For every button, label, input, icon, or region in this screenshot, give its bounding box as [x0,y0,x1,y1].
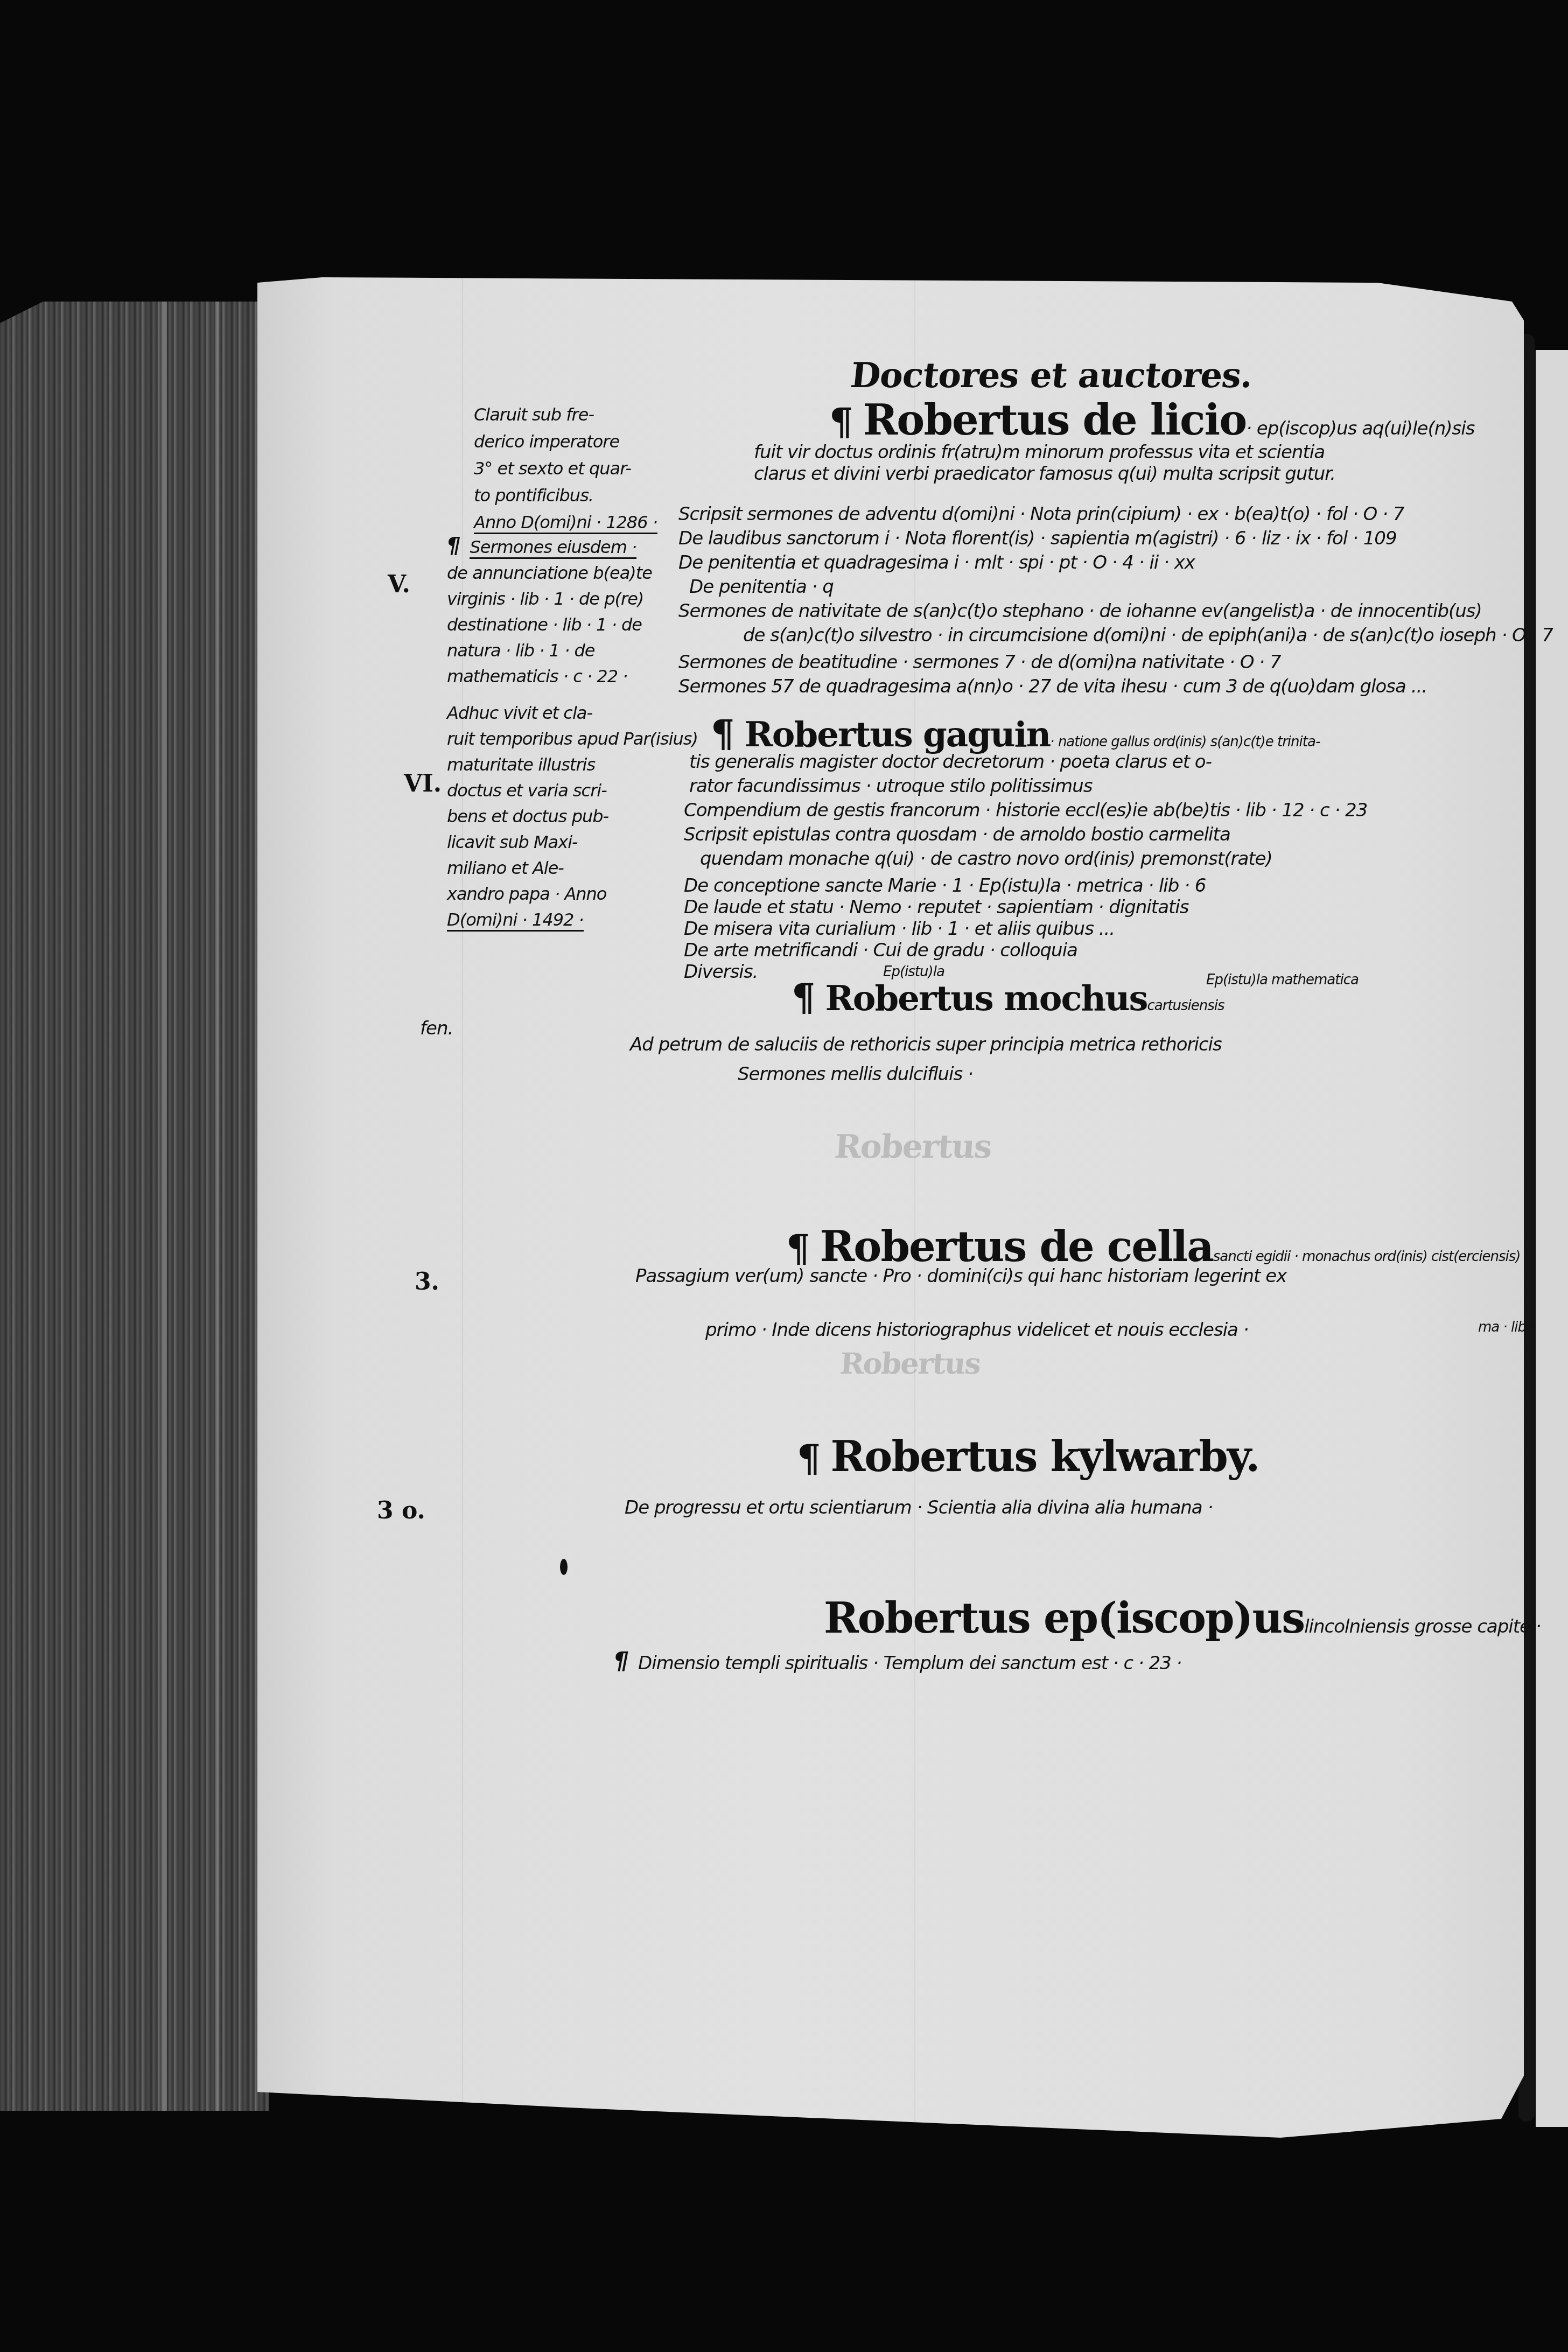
entry-line: tis generalis magister doctor decretorum… [689,751,1212,773]
entry-line: quendam monache q(ui) · de castro novo o… [700,848,1272,870]
entry-heading: ¶Robertus de cellasancti egidii · monach… [786,1222,1520,1271]
entry-heading: ¶Robertus mochuscartusiensis [792,975,1224,1019]
entry-line: de s(an)c(t)o silvestro · in circumcisio… [743,625,1553,646]
entry-line: De progressu et ortu scientiarum · Scien… [625,1497,1213,1518]
margin-numeral: 3. [415,1268,439,1296]
entry-line: Sermones mellis dulcifluis · [738,1063,973,1085]
margin-numeral: fen. [420,1018,453,1039]
right-margin-mark: ma · lib · [1478,1319,1534,1335]
entry-line: De misera vita curialium · lib · 1 · et … [684,918,1115,940]
entry-heading: ¶Robertus de licio· ep(iscop)us aq(ui)le… [829,396,1474,445]
margin-note: Claruit sub fre- derico imperatore 3° et… [474,401,657,536]
entry-line: Passagium ver(um) sancte · Pro · domini(… [635,1265,1286,1287]
entry-line: rator facundissimus · utroque stilo poli… [689,775,1092,797]
facing-page-edge [1536,350,1568,2127]
entry-line: Sermones de nativitate de s(an)c(t)o ste… [678,600,1482,622]
entry-heading: ¶Robertus kylwarby. [797,1432,1259,1481]
pilcrow-icon: ¶ [792,975,816,1019]
entry-line: Compendium de gestis francorum · histori… [684,800,1367,821]
pilcrow-icon: ¶ [829,399,853,444]
entry-line: De arte metrificandi · Cui de gradu · co… [684,940,1077,961]
entry-heading: ¶Robertus gaguin· natione gallus ord(ini… [711,711,1320,755]
entry-line: De laude et statu · Nemo · reputet · sap… [684,897,1188,918]
entry-line: Diversis. [684,961,758,983]
entry-line: Scripsit epistulas contra quosdam · de a… [684,824,1230,845]
entry-line: Ad petrum de saluciis de rethoricis supe… [630,1034,1222,1055]
book-fore-edge [0,302,269,2111]
entry-line: ¶Dimensio templi spiritualis · Templum d… [614,1648,1181,1675]
pilcrow-icon: ¶ [797,1436,821,1480]
entry-line: De laudibus sanctorum i · Nota florent(i… [678,528,1397,549]
margin-numeral: V. [388,571,410,598]
entry-heading: Robertus ep(iscop)uslincolniensis grosse… [824,1594,1541,1643]
entry-line: fuit vir doctus ordinis fr(atru)m minoru… [754,442,1325,463]
pilcrow-icon: ¶ [786,1226,810,1270]
entry-line: primo · Inde dicens historiographus vide… [705,1319,1249,1341]
entry-line: De conceptione sancte Marie · 1 · Ep(ist… [684,875,1206,897]
pilcrow-icon: ¶ [711,711,735,755]
pilcrow-icon: ¶ [614,1648,628,1675]
bleed-through-text: Robertus [839,1346,982,1381]
entry-line: De penitentia · q [689,576,834,598]
interlinear-note: Ep(istu)la mathematica [1206,972,1359,988]
bleed-through-text: Robertus [834,1128,993,1166]
margin-numeral: VI. [404,770,442,797]
running-title: Doctores et auctores. [849,355,1255,396]
margin-numeral: 3 o. [377,1497,425,1524]
entry-line: Sermones de beatitudine · sermones 7 · d… [678,652,1281,673]
entry-line: Sermones 57 de quadragesima a(nn)o · 27 … [678,676,1427,697]
pilcrow-icon: ¶ [447,534,460,558]
ink-blot [560,1559,568,1575]
margin-note: ¶Sermones eiusdem · de annunciatione b(e… [447,533,698,933]
entry-line: clarus et divini verbi praedicator famos… [754,463,1335,485]
entry-line: De penitentia et quadragesima i · mlt · … [678,552,1195,573]
entry-line: Scripsit sermones de adventu d(omi)ni · … [678,503,1404,525]
